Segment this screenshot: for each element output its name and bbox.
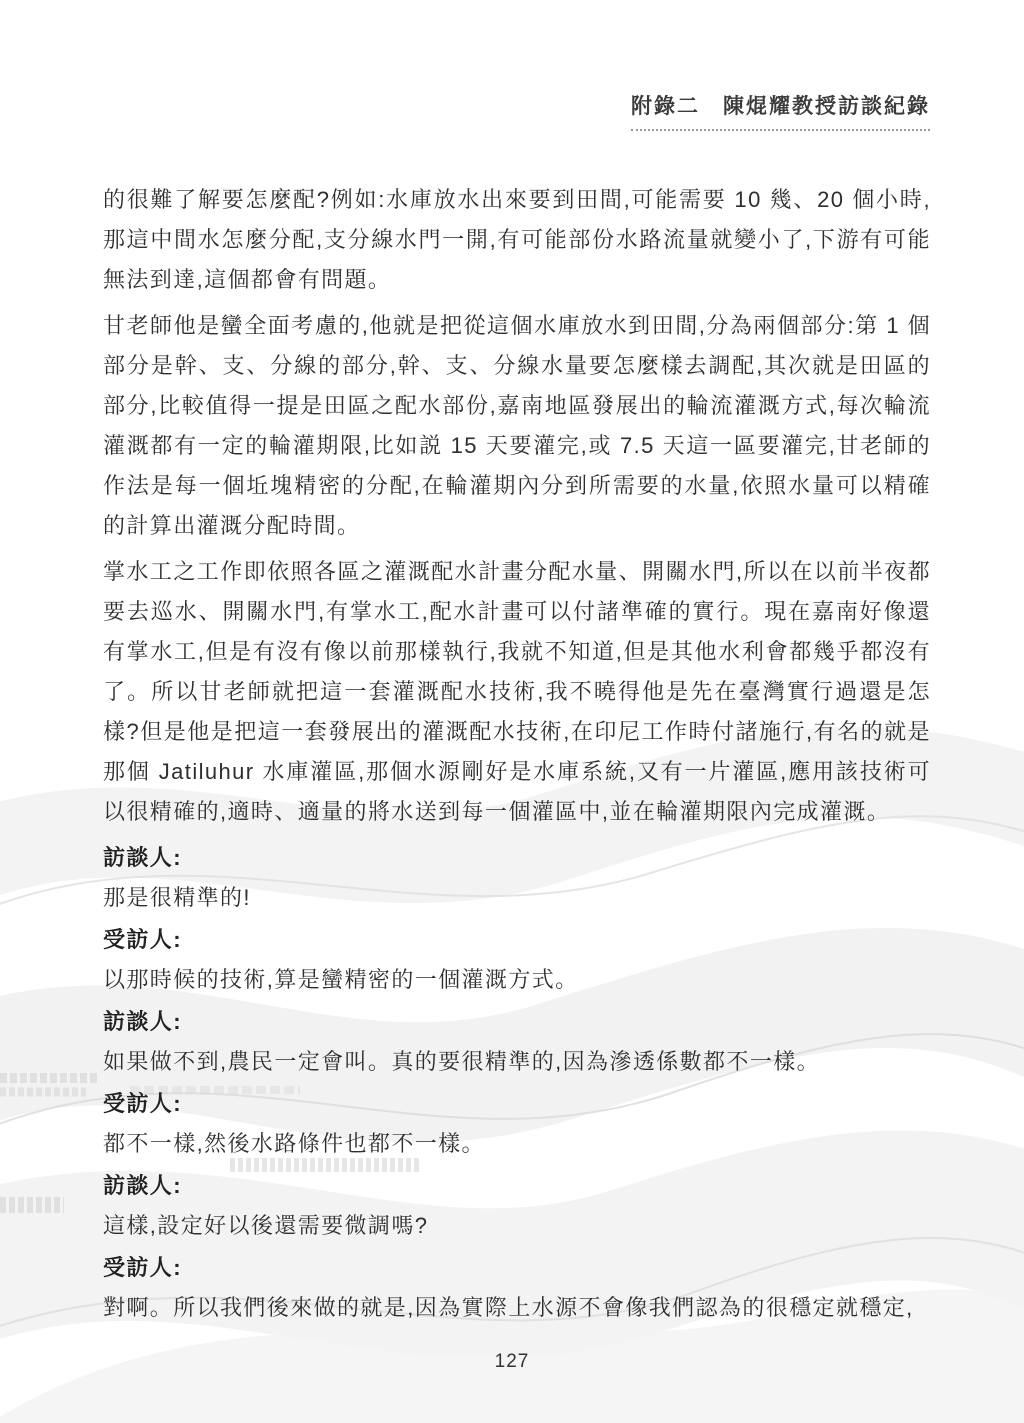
paragraph-3: 掌水工之工作即依照各區之灌溉配水計畫分配水量、開關水門,所以在以前半夜都要去巡水… <box>103 552 931 832</box>
document-page: 附錄二 陳焜耀教授訪談紀錄 的很難了解要怎麼配?例如:水庫放水出來要到田間,可能… <box>0 0 1024 1423</box>
speaker-utterance: 都不一樣,然後水路條件也都不一樣。 <box>103 1124 931 1164</box>
dialogue-entry-3: 訪談人: 如果做不到,農民一定會叫。真的要很精準的,因為滲透係數都不一樣。 <box>103 1002 931 1082</box>
speaker-label: 受訪人: <box>103 1248 931 1288</box>
dialogue-entry-6: 受訪人: 對啊。所以我們後來做的就是,因為實際上水源不會像我們認為的很穩定就穩定… <box>103 1248 931 1328</box>
page-header-title: 附錄二 陳焜耀教授訪談紀錄 <box>631 94 930 131</box>
dialogue-entry-1: 訪談人: 那是很精準的! <box>103 838 931 918</box>
page-number: 127 <box>495 1351 530 1372</box>
speaker-label: 訪談人: <box>103 1002 931 1042</box>
page-header: 附錄二 陳焜耀教授訪談紀錄 <box>631 94 930 131</box>
speaker-utterance: 對啊。所以我們後來做的就是,因為實際上水源不會像我們認為的很穩定就穩定, <box>103 1288 931 1328</box>
speaker-utterance: 以那時候的技術,算是蠻精密的一個灌溉方式。 <box>103 960 931 1000</box>
speaker-label: 訪談人: <box>103 1166 931 1206</box>
paragraph-2: 甘老師他是蠻全面考慮的,他就是把從這個水庫放水到田間,分為兩個部分:第 1 個部… <box>103 306 931 546</box>
speaker-utterance: 那是很精準的! <box>103 878 931 918</box>
dialogue-entry-2: 受訪人: 以那時候的技術,算是蠻精密的一個灌溉方式。 <box>103 920 931 1000</box>
speaker-utterance: 這樣,設定好以後還需要微調嗎? <box>103 1206 931 1246</box>
paragraph-1: 的很難了解要怎麼配?例如:水庫放水出來要到田間,可能需要 10 幾、20 個小時… <box>103 180 931 300</box>
dialogue-entry-4: 受訪人: 都不一樣,然後水路條件也都不一樣。 <box>103 1084 931 1164</box>
dialogue-entry-5: 訪談人: 這樣,設定好以後還需要微調嗎? <box>103 1166 931 1246</box>
speaker-utterance: 如果做不到,農民一定會叫。真的要很精準的,因為滲透係數都不一樣。 <box>103 1042 931 1082</box>
speaker-label: 訪談人: <box>103 838 931 878</box>
speaker-label: 受訪人: <box>103 920 931 960</box>
speaker-label: 受訪人: <box>103 1084 931 1124</box>
page-body: 的很難了解要怎麼配?例如:水庫放水出來要到田間,可能需要 10 幾、20 個小時… <box>103 180 931 1330</box>
page-footer: 127 <box>0 1351 1024 1373</box>
